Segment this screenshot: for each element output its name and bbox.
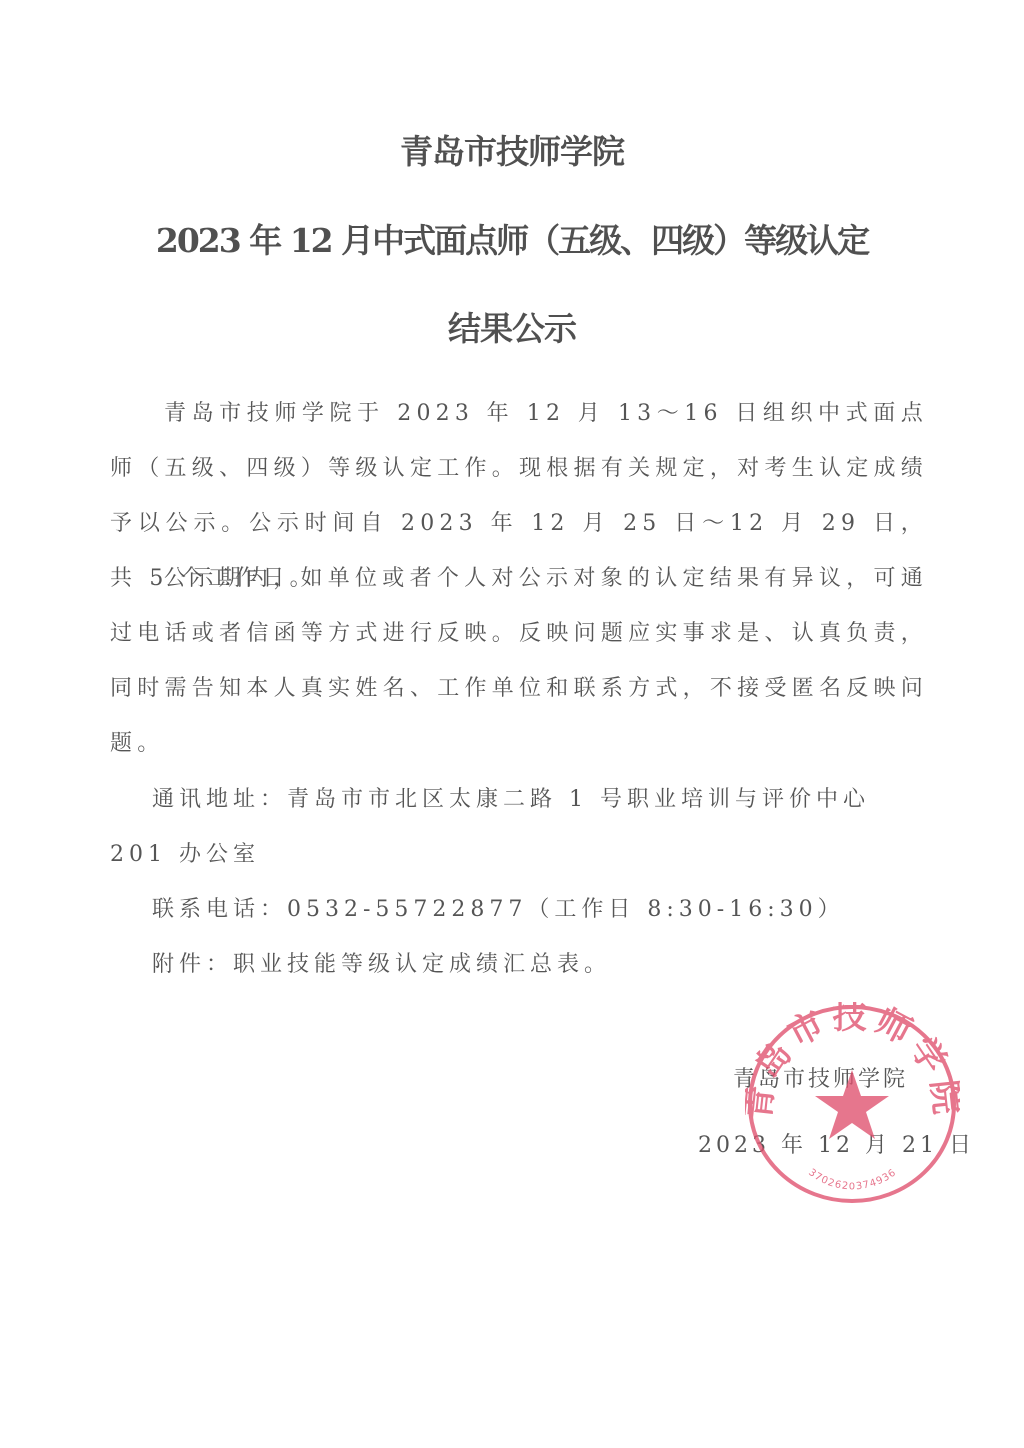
document-title-subject: 2023 年 12 月中式面点师（五级、四级）等级认定: [0, 215, 1024, 262]
attachment-note: 附件：职业技能等级认定成绩汇总表。: [110, 937, 928, 992]
official-seal-icon: 青岛市技师学院 3702620374936: [745, 1002, 960, 1207]
seal-serial: 3702620374936: [806, 1167, 899, 1192]
paragraph-objection: 公示期内，如单位或者个人对公示对象的认定结果有异议，可通过电话或者信函等方式进行…: [110, 551, 928, 771]
contact-address: 通讯地址：青岛市市北区太康二路 1 号职业培训与评价中心 201 办公室: [110, 772, 928, 882]
document-title-org: 青岛市技师学院: [0, 126, 1024, 173]
contact-phone: 联系电话：0532-55722877（工作日 8:30-16:30）: [110, 882, 928, 937]
document-title-type: 结果公示: [0, 303, 1024, 350]
svg-text:3702620374936: 3702620374936: [806, 1167, 899, 1192]
